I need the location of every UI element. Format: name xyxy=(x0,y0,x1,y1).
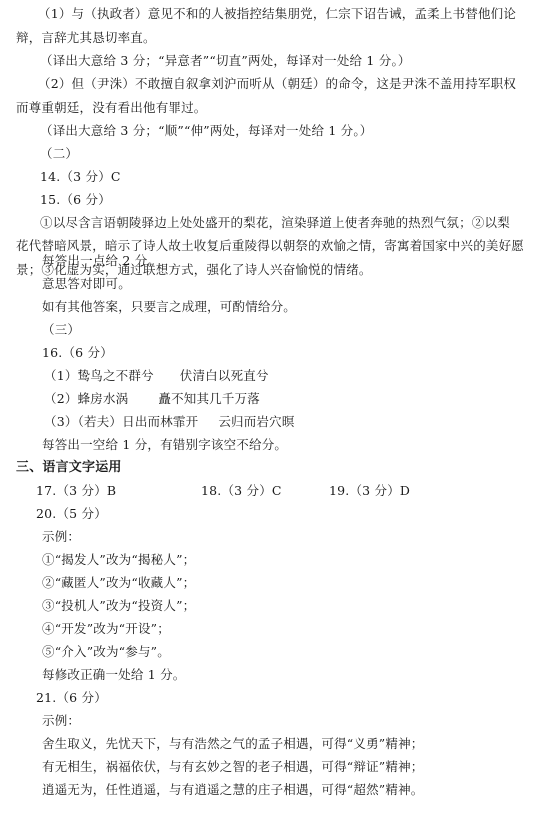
q14-answer: 14.（3 分）C xyxy=(40,169,121,185)
q1-scoring-note: （译出大意给 3 分；“异意者”“切直”两处，每译对一处给 1 分。） xyxy=(40,53,411,69)
q17-19-row: 17.（3 分）B 18.（3 分）C 19.（3 分）D xyxy=(36,483,554,499)
q2-translation-line1: （2）但（尹洙）不敢擅自叙拿刘沪而听从（朝廷）的命令，这是尹洙不盖用持军职权 xyxy=(38,76,516,92)
q16-item-3-a: （若夫）日出而林霏开 xyxy=(78,414,199,429)
q15-scoring-note: 每答出一点给 2 分。 xyxy=(42,253,160,269)
q16-item-3-b: 云归而岩穴暝 xyxy=(218,414,294,429)
q21-item-3: 逍遥无为，任性逍遥，与有逍遥之慧的庄子相遇，可得“超然”精神。 xyxy=(42,782,423,798)
q16-item-1-num: （1） xyxy=(44,368,78,383)
q15-meaning-note: 意思答对即可。 xyxy=(42,276,131,292)
q15-other-answers-note: 如有其他答案，只要言之成理，可酌情给分。 xyxy=(42,299,296,315)
q20-item-5: ⑤“介入”改为“参与”。 xyxy=(42,644,170,660)
q2-scoring-note: （译出大意给 3 分；“顺”“伸”两处，每译对一处给 1 分。） xyxy=(40,123,373,139)
q16-item-2-a: 蜂房水涡 xyxy=(78,391,129,406)
q16-item-1: （1）鸷鸟之不群兮伏清白以死直兮 xyxy=(44,368,269,384)
part-two-label: （二） xyxy=(40,146,78,162)
q20-example-label: 示例： xyxy=(42,529,80,545)
q20-item-4: ④“开发”改为“开设”； xyxy=(42,621,170,637)
answer-key-page: （1）与（执政者）意见不和的人被指控结集朋党，仁宗下诏告诫，孟柔上书替他们论 辩… xyxy=(0,0,554,829)
q2-translation-line2: 而尊重朝廷，没有看出他有罪过。 xyxy=(16,100,207,116)
q21-item-1: 舍生取义，先忧天下，与有浩然之气的孟子相遇，可得“义勇”精神； xyxy=(42,736,423,752)
q21-item-2: 有无相生，祸福依伏，与有玄妙之智的老子相遇，可得“辩证”精神； xyxy=(42,759,423,775)
q21-example-label: 示例： xyxy=(42,713,80,729)
q15-answer-line2: 花代替暗风景，暗示了诗人故土收复后重陵得以朝祭的欢愉之情，寄寓着国家中兴的美好愿 xyxy=(16,238,524,254)
q20-item-1: ①“揭发人”改为“揭秘人”； xyxy=(42,552,195,568)
q15-answer-line1: ①以尽含言语朝陵驿边上处处盛开的梨花，渲染驿道上使者奔驰的热烈气氛；②以梨 xyxy=(40,215,510,231)
q16-item-2-num: （2） xyxy=(44,391,78,406)
q16-item-1-b: 伏清白以死直兮 xyxy=(180,368,269,383)
q18-answer: 18.（3 分）C xyxy=(201,483,282,499)
q16-item-3: （3）（若夫）日出而林霏开云归而岩穴暝 xyxy=(44,414,295,430)
q16-item-2: （2）蜂房水涡矗不知其几千万落 xyxy=(44,391,260,407)
section-three-title: 三、语言文字运用 xyxy=(16,460,122,476)
q16-item-2-b: 矗不知其几千万落 xyxy=(158,391,260,406)
q1-translation-line1: （1）与（执政者）意见不和的人被指控结集朋党，仁宗下诏告诫，孟柔上书替他们论 xyxy=(38,6,516,22)
q20-item-2: ②“藏匿人”改为“收藏人”； xyxy=(42,575,195,591)
q20-header: 20.（5 分） xyxy=(36,506,107,522)
q15-header: 15.（6 分） xyxy=(40,192,111,208)
q19-answer: 19.（3 分）D xyxy=(329,483,410,499)
q20-item-3: ③“投机人”改为“投资人”； xyxy=(42,598,195,614)
q16-item-1-a: 鸷鸟之不群兮 xyxy=(78,368,154,383)
part-three-label: （三） xyxy=(42,322,80,338)
q20-scoring-note: 每修改正确一处给 1 分。 xyxy=(42,667,186,683)
q17-answer: 17.（3 分）B xyxy=(36,483,116,498)
q16-header: 16.（6 分） xyxy=(42,345,113,361)
q1-translation-line2: 辩，言辞尤其恳切率直。 xyxy=(16,30,156,46)
q21-header: 21.（6 分） xyxy=(36,690,107,706)
q16-scoring-note: 每答出一空给 1 分，有错别字该空不给分。 xyxy=(42,437,287,453)
q16-item-3-num: （3） xyxy=(44,414,78,429)
